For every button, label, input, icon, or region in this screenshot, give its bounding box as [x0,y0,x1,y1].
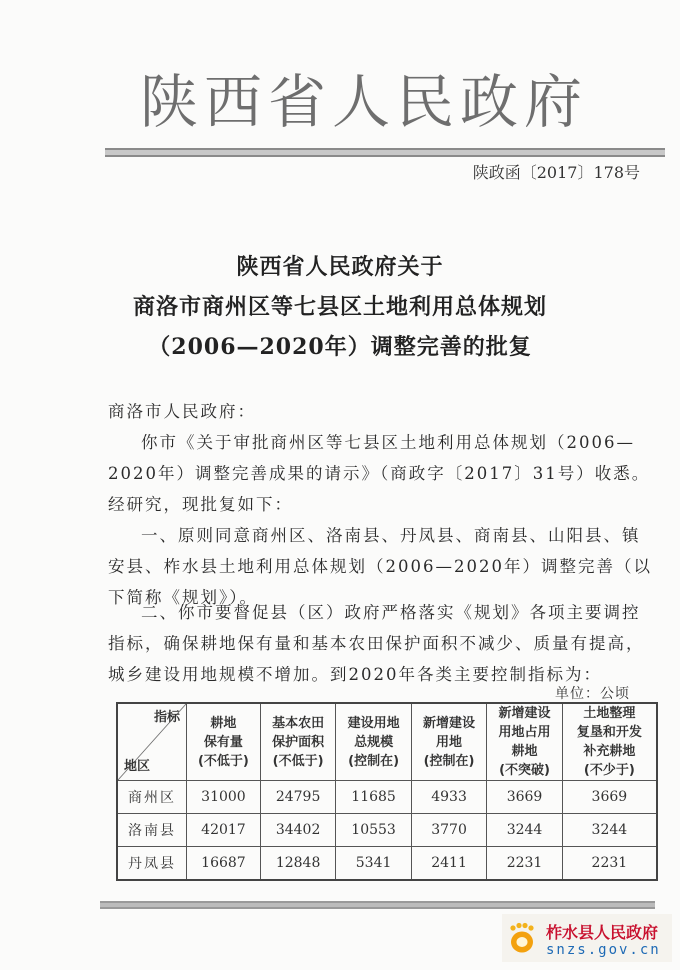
value-cell: 3669 [487,781,562,814]
region-cell: 洛南县 [117,814,187,847]
value-cell: 12848 [260,847,335,881]
document-number: 陕政函〔2017〕178号 [473,160,640,183]
watermark-name: 柞水县人民政府 [546,920,658,943]
value-cell: 10553 [336,814,411,847]
value-cell: 2231 [562,847,657,881]
value-cell: 34402 [260,814,335,847]
value-cell: 2411 [411,847,486,881]
table-row: 洛南县 42017 34402 10553 3770 3244 3244 [117,814,657,847]
header-cell: 新增建设用地(控制在) [411,703,486,781]
watermark-url[interactable]: snzs.gov.cn [546,942,661,958]
salutation: 商洛市人民政府： [108,396,653,427]
region-cell: 商州区 [117,781,187,814]
corner-label-indicator: 指标 [154,708,180,727]
table-header-row: 指标 地区 耕地保有量(不低于) 基本农田保护面积(不低于) 建设用地总规模(控… [117,703,657,781]
header-cell: 土地整理复垦和开发补充耕地(不少于) [562,703,657,781]
value-cell: 11685 [336,781,411,814]
value-cell: 2231 [487,847,562,881]
footer-rule [100,901,655,909]
masthead-rule [105,148,665,157]
title-line-2: 商洛市商州区等七县区土地利用总体规划 [0,290,680,321]
value-cell: 31000 [187,781,261,814]
table-row: 丹凤县 16687 12848 5341 2411 2231 2231 [117,847,657,881]
corner-header-cell: 指标 地区 [117,703,187,781]
site-watermark[interactable]: 柞水县人民政府 snzs.gov.cn [502,914,672,962]
region-cell: 丹凤县 [117,847,187,881]
document-page: 陕西省人民政府 陕政函〔2017〕178号 陕西省人民政府关于 商洛市商州区等七… [0,0,680,970]
corner-label-region: 地区 [124,757,150,776]
title-line-1: 陕西省人民政府关于 [0,250,680,281]
paragraph-intro: 你市《关于审批商州区等七县区土地利用总体规划（2006—2020年）调整完善成果… [108,427,653,520]
value-cell: 4933 [411,781,486,814]
value-cell: 5341 [336,847,411,881]
title-line-3: （2006—2020年）调整完善的批复 [0,330,680,361]
control-indicators-table: 指标 地区 耕地保有量(不低于) 基本农田保护面积(不低于) 建设用地总规模(控… [116,702,658,881]
header-cell: 建设用地总规模(控制在) [336,703,411,781]
paw-logo-icon [508,922,536,954]
value-cell: 3669 [562,781,657,814]
value-cell: 3244 [487,814,562,847]
header-cell: 耕地保有量(不低于) [187,703,261,781]
header-cell: 基本农田保护面积(不低于) [260,703,335,781]
value-cell: 42017 [187,814,261,847]
paragraph-item-2: 二、你市要督促县（区）政府严格落实《规划》各项主要调控指标，确保耕地保有量和基本… [108,597,653,690]
header-cell: 新增建设用地占用耕地(不突破) [487,703,562,781]
value-cell: 16687 [187,847,261,881]
unit-label: 单位：公顷 [555,683,630,703]
table-row: 商州区 31000 24795 11685 4933 3669 3669 [117,781,657,814]
value-cell: 3770 [411,814,486,847]
value-cell: 3244 [562,814,657,847]
masthead-title: 陕西省人民政府 [140,62,620,142]
value-cell: 24795 [260,781,335,814]
